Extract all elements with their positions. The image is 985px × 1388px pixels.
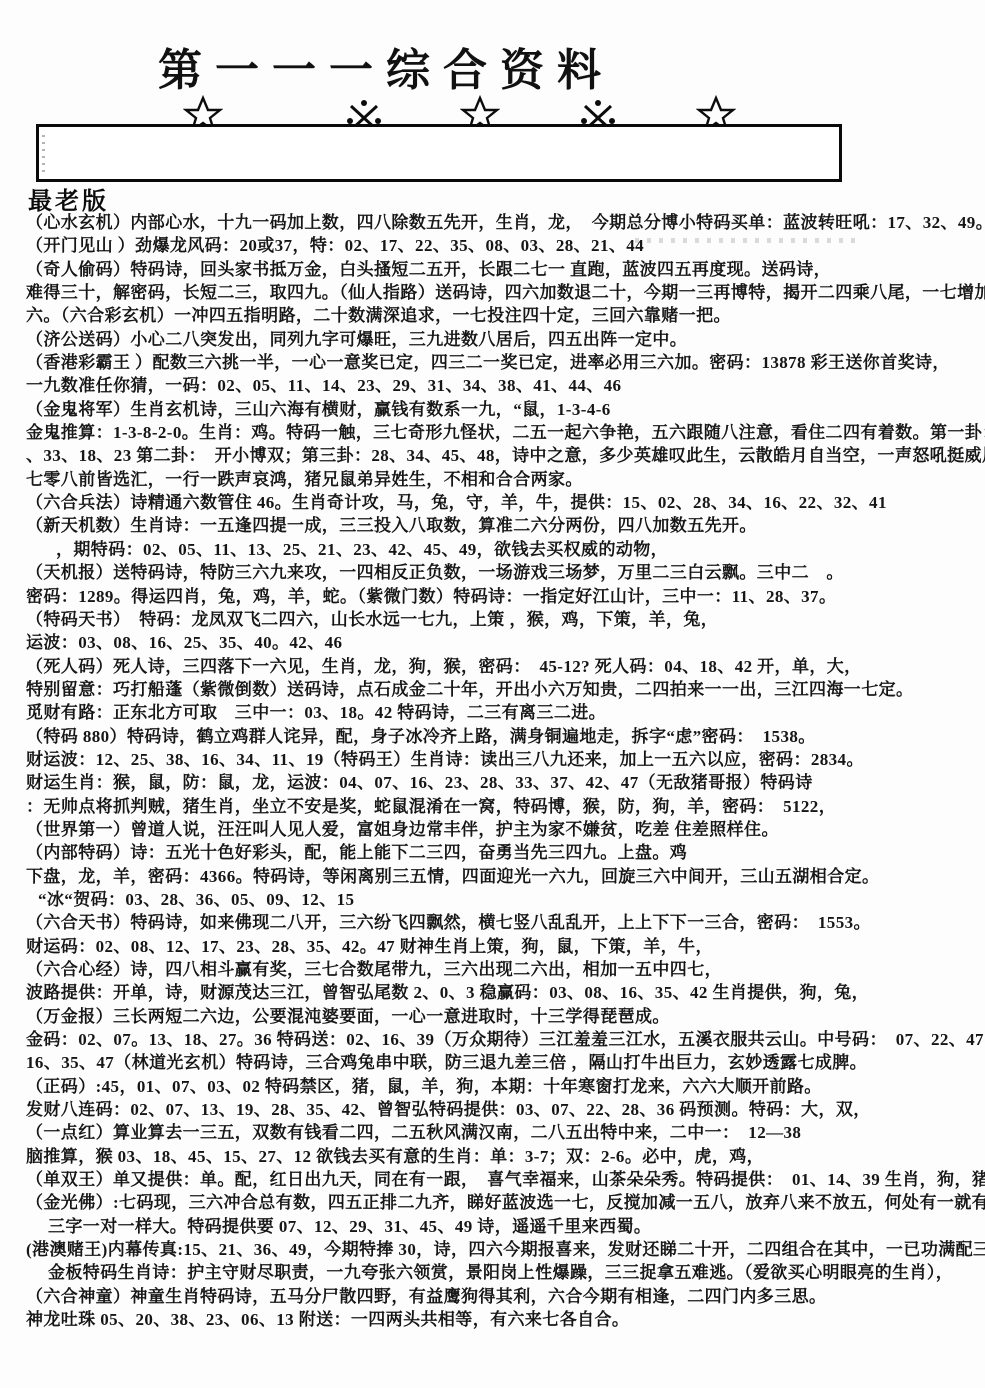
- text-line: （六合兵法）诗精通六数管住 46。生肖奇计攻，马，兔，守，羊，牛，提供：15、0…: [26, 491, 985, 514]
- text-line: （心水玄机）内部心水，十九一码加上数，四八除数五先开，生肖，龙， 今期总分博小特…: [26, 211, 985, 234]
- text-line: 脑推算，猴 03、18、45、15、27、12 欲钱去买有意的生肖：单：3-7；…: [26, 1145, 985, 1168]
- text-line: （万金报）三长两短二六边，公要混沌婆要面，一心一意进取时，十三学得琵琶成。: [26, 1005, 985, 1028]
- text-line: （金鬼将军）生肖玄机诗，三山六海有横财，赢钱有数系一九，“鼠，1-3-4-6: [26, 398, 985, 421]
- text-line: 运波：03、08、16、25、35、40。42、46: [26, 631, 985, 654]
- text-line: （新天机数）生肖诗：一五逢四提一成，三三投入八取数，算准二六分两份，四八加数五先…: [26, 514, 985, 537]
- text-line: （六合神童）神童生肖特码诗，五马分尸散四野，有益鹰狗得其利，六合今期有相逢，二四…: [26, 1285, 985, 1308]
- text-line: “冰“贺码：03、28、36、05、09、12、15: [26, 888, 985, 911]
- text-line: （单双王）单又提供：单。配，红日出九天，同在有一跟， 喜气幸福来，山茶朵朵秀。特…: [26, 1168, 985, 1191]
- text-line: （六合心经）诗，四八相斗赢有奖，三七合数尾带九，三六出现二六出，相加一五中四七，: [26, 958, 985, 981]
- text-line: （奇人偷码）特码诗，回头家书抵万金，白头搔短二五开，长跟二七一 直跑，蓝波四五再…: [26, 258, 985, 281]
- text-line: （金光佛）:七码现，三六冲合总有数，四五正排二九齐，睇好蓝波选一七，反搅加减一五…: [26, 1191, 985, 1214]
- text-line: ：无帅点将抓判贼，猪生肖，坐立不安是奖，蛇鼠混淆在一窝，特码博，猴，防，狗，羊，…: [26, 795, 985, 818]
- text-line: 难得三十，解密码，长短二三，取四九。（仙人指路）送码诗，四六加数退二十，今期一三…: [26, 281, 985, 304]
- text-line: 金鬼推算：1-3-8-2-0。生肖：鸡。特码一触，三七奇形九怪状，二五一起六争艳…: [26, 421, 985, 444]
- text-line: 发财八连码：02、07、13、19、28、35、42、曾智弘特码提供：03、07…: [26, 1098, 985, 1121]
- text-line: （天机报）送特码诗，特防三六九来攻，一四相反正负数，一场游戏三场梦，万里二三白云…: [26, 561, 985, 584]
- text-line: ，期特码：02、05、11、13、25、21、23、42、45、49，欲钱去买权…: [26, 538, 985, 561]
- text-line: 神龙吐珠 05、20、38、23、06、13 附送：一四两头共相等，有六来七各自…: [26, 1308, 985, 1331]
- text-line: 下盘，龙，羊，密码：4366。特码诗，等闲离别三五情，四面迎光一六九，回旋三六中…: [26, 865, 985, 888]
- print-smudge: [635, 238, 855, 243]
- text-line: 密码：1289。得运四肖，兔，鸡，羊，蛇。（紫微门数）特码诗：一指定好江山计，三…: [26, 585, 985, 608]
- text-line: （死人码）死人诗，三四落下一六见，生肖，龙，狗，猴，密码： 45-12? 死人码…: [26, 655, 985, 678]
- text-line: 、33、18、23 第二卦： 开小博双；第三卦：28、34、45、48，诗中之意…: [26, 444, 985, 467]
- text-line: （济公送码）小心二八突发出，同列九字可爆旺，三九进数八居后，四五出阵一定中。: [26, 328, 985, 351]
- text-line: 16、35、47（林道光玄机）特码诗，三合鸡兔串中联，防三退九差三倍 ，隔山打牛…: [26, 1051, 985, 1074]
- text-line: （一点红）算业算去一三五，双数有钱看二四，二五秋风满汉南，二八五出特中来，二中一…: [26, 1121, 985, 1144]
- text-line: （内部特码）诗：五光十色好彩头，配，能上能下二三四，奋勇当先三四九。上盘。鸡: [26, 841, 985, 864]
- text-line: 七零八前皆选汇，一行一跌声哀鸿，猪兄鼠弟异姓生，不相和合合两家。: [26, 468, 985, 491]
- text-line: 三字一对一样大。特码提供要 07、12、29、31、45、49 诗，遥遥千里来西…: [26, 1215, 985, 1238]
- text-line: （六合天书）特码诗，如来佛现二八开，三六纷飞四飘然，横七竖八乱乱开，上上下下一三…: [26, 911, 985, 934]
- text-line: 金板特码生肖诗：护主守财尽职责，一九夸张六领赏，景阳岗上性爆躁，三三捉拿五难逃。…: [26, 1261, 985, 1284]
- text-line: 一九数准任你猜，一码：02、05、11、14、23、29、31、34、38、41…: [26, 374, 985, 397]
- text-line: （特码天书） 特码：龙凤双飞二四六，山长水远一七九，上策 ，猴，鸡，下策，羊，兔…: [26, 608, 985, 631]
- text-line: (港澳赌王)内幕传真:15、21、36、49，今期特捧 30，诗，四六今期报喜来…: [26, 1238, 985, 1261]
- text-line: 财运码：02、08、12、17、23、28、35、42。47 财神生肖上策，狗，…: [26, 935, 985, 958]
- text-line: 财运生肖：猴，鼠，防：鼠，龙，运波：04、07、16、23、28、33、37、4…: [26, 771, 985, 794]
- text-line: 觅财有路：正东北方可取 三中一：03、18。42 特码诗，二三有离三二进。: [26, 701, 985, 724]
- document-page: 第一一一综合资料: [0, 0, 985, 1388]
- text-line: 财运波：12、25、38、16、34、11、19（特码王）生肖诗：读出三八九还来…: [26, 748, 985, 771]
- text-line: 波路提供：开单，诗，财源茂达三江，曾智弘尾数 2、0、3 稳赢码：03、08、1…: [26, 981, 985, 1004]
- text-line: （正码）:45，01、07、03、02 特码禁区，猪，鼠，羊，狗，本期：十年寒窗…: [26, 1075, 985, 1098]
- text-line: （香港彩霸王 ）配数三六挑一半，一心一意奖已定，四三二一奖已定，进率必用三六加。…: [26, 351, 985, 374]
- empty-notice-box: [36, 124, 842, 182]
- scan-artifact-marks: [42, 135, 45, 175]
- text-line: 金码：02、07。13、18、27。36 特码送：02、16、39（万众期待）三…: [26, 1028, 985, 1051]
- text-line: （特码 880）特码诗，鹤立鸡群人诧异，配，身子冰冷齐上路，满身铜遍地走，拆字“…: [26, 725, 985, 748]
- text-line: 特别留意：巧打船蓬（紫微倒数）送码诗，点石成金二十年，开出小六万知贵，二四拍来一…: [26, 678, 985, 701]
- body-lines: （心水玄机）内部心水，十九一码加上数，四八除数五先开，生肖，龙， 今期总分博小特…: [0, 211, 985, 1332]
- text-line: 六。（六合彩玄机）一冲四五指明路，二十数满深追求，一七投注四十定，三回六靠赌一把…: [26, 304, 985, 327]
- text-line: （世界第一）曾道人说，汪汪叫人见人爱，富姐身边常丰伴，护主为家不嫌贫，吃差 住差…: [26, 818, 985, 841]
